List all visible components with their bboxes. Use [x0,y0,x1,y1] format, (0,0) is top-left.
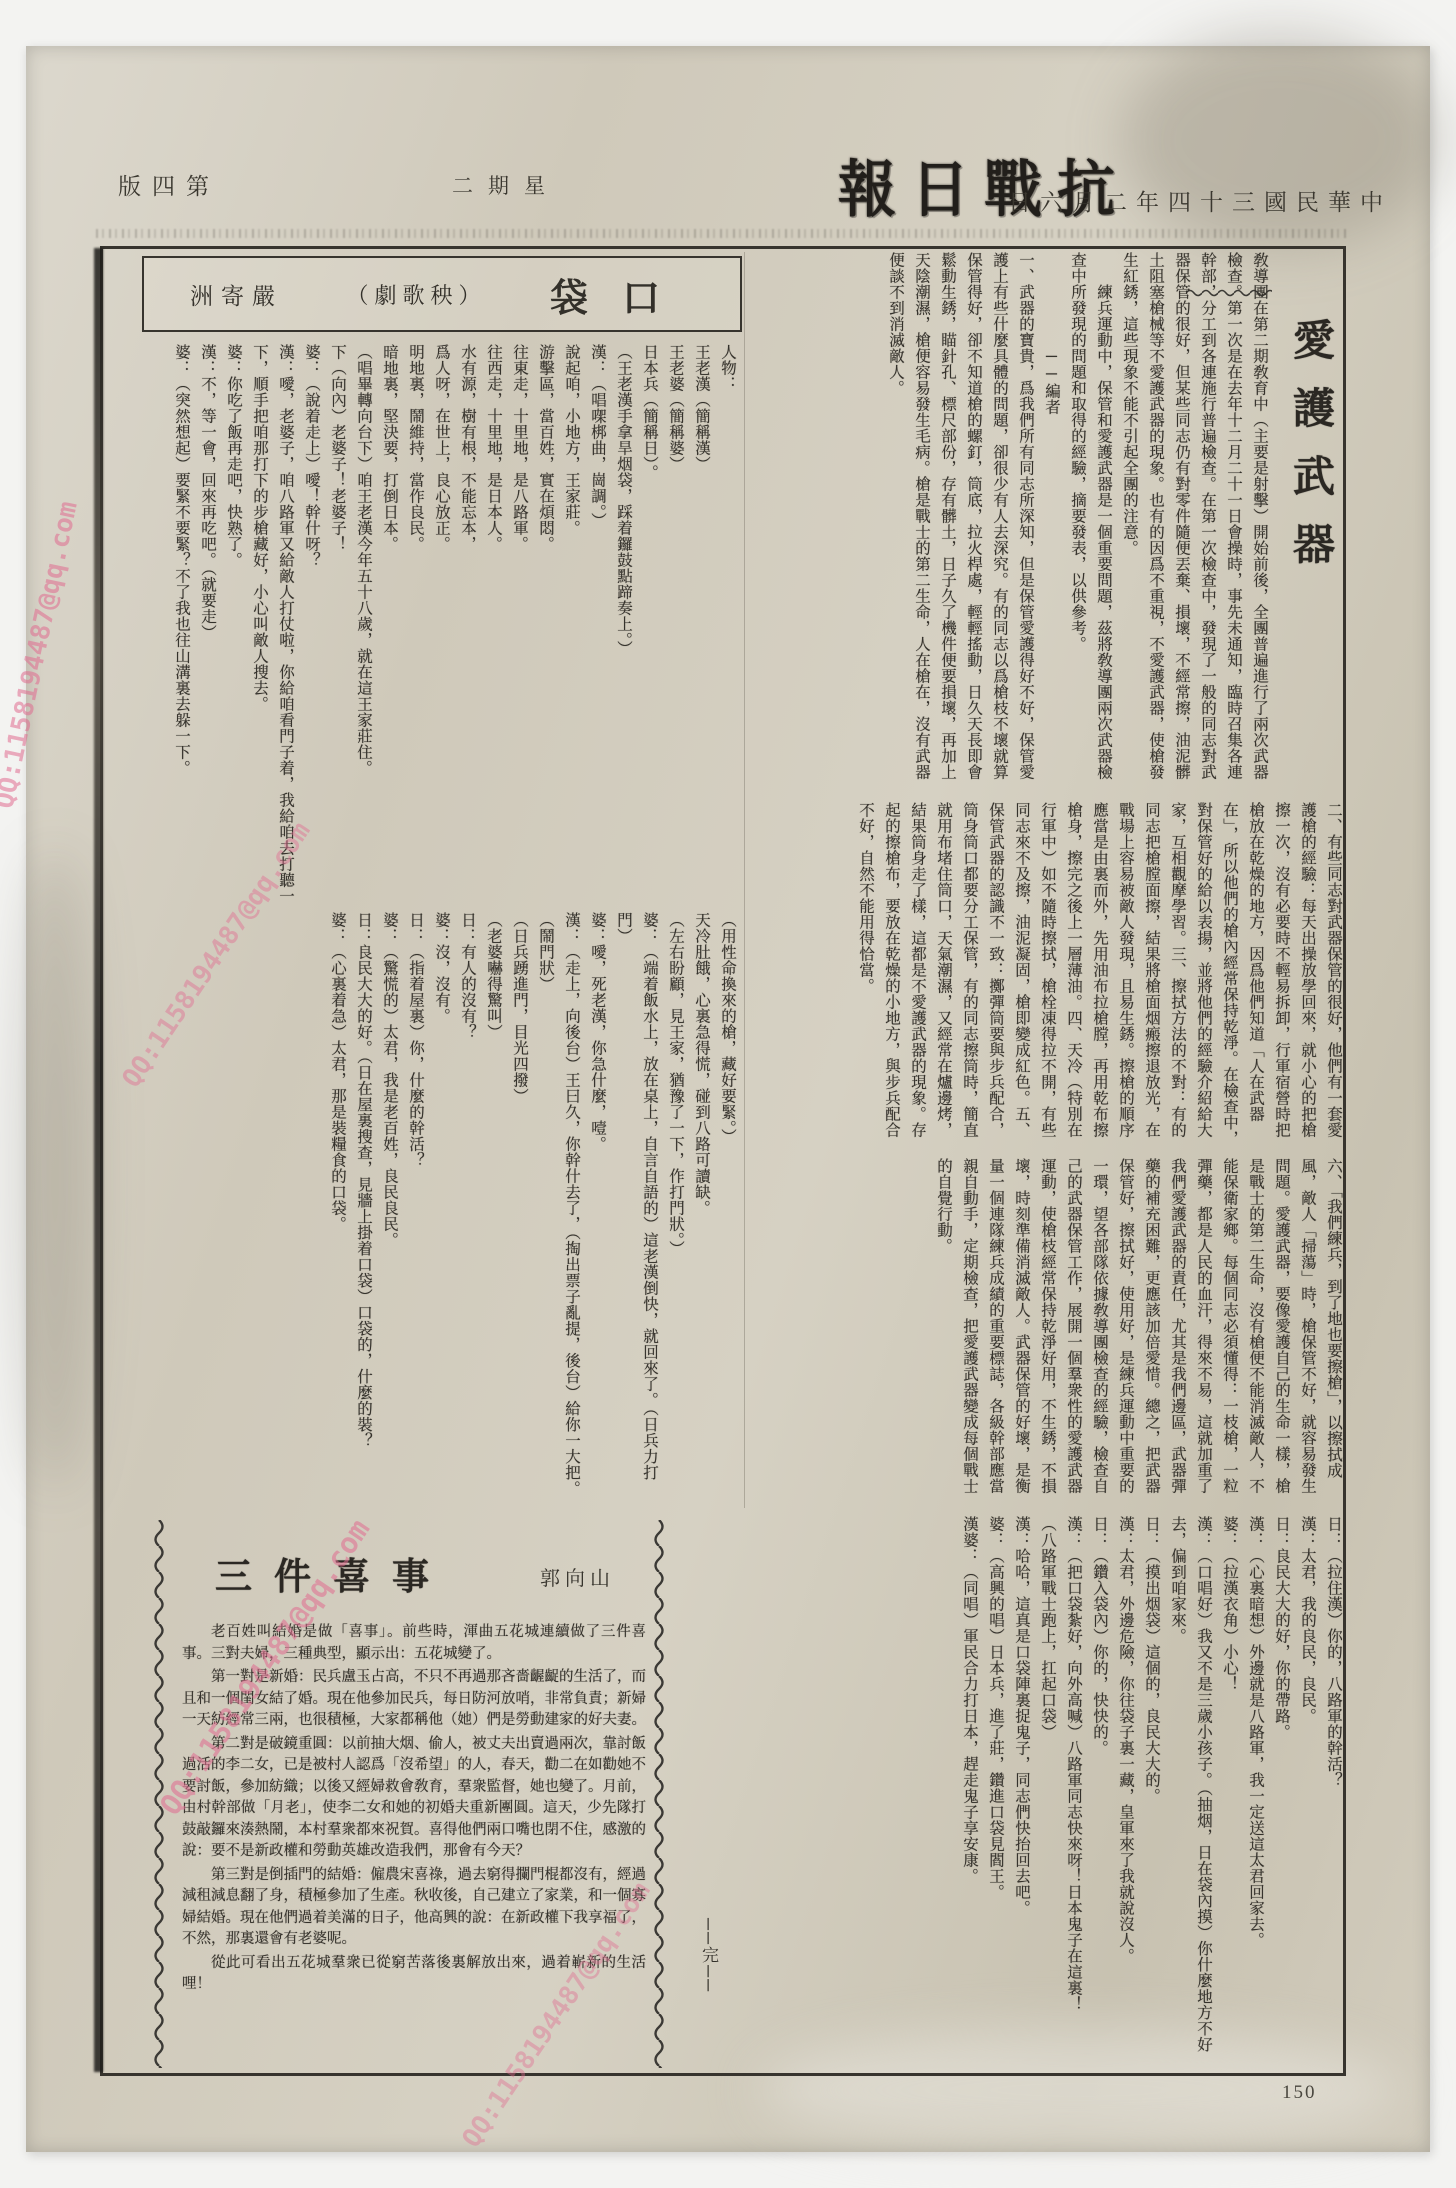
essay-paragraph: 第二對是破鏡重圓：以前抽大烟、偷人，被丈夫出賣過兩次，靠討飯過活的李二女，已是被… [182,1734,646,1863]
play-title: 口袋 [550,267,694,322]
play-end-mark: ──完── [696,1918,721,2058]
essay-zigzag-border-right [652,1520,666,2068]
essay-zigzag-border-left [152,1520,166,2068]
edition-label: 第四版 [118,168,220,201]
column-divider [744,252,745,1508]
ink-smudge-row [96,229,1348,238]
essay-paragraph: 老百姓叫結婚是做「喜事」。前些時，渾曲五花城連續做了三件喜事。三對夫婦，三種典型… [182,1622,646,1665]
issue-date: 中華民國三十四年二月六日 [980,184,1392,217]
weapons-article-title: 愛護武器 [1280,318,1340,788]
essay-title: 三件喜事 [215,1546,451,1600]
weapons-body-columns-lower: 六、「我們練兵，到了地也要擦槍」，以擦拭成風，敵人「掃蕩」時，槍保管不好，就容易… [748,1158,1346,1508]
weekday-label: 星期二 [452,170,560,200]
newspaper-scan-page: 第四版 星期二 抗戰日報 中華民國三十四年二月六日 愛護武器 敎導團在第二期敎育… [0,0,1456,2188]
essay-body: 老百姓叫結婚是做「喜事」。前些時，渾曲五花城連續做了三件喜事。三對夫婦，三種典型… [182,1622,646,2064]
play-title-box: 口袋 （秧歌劇） 嚴寄洲 [142,256,742,332]
play-script-continuation: 日：（拉住漢）你的，八路軍的幹活？ 漢：太君，我的良民，良民。 日：良民大大的好… [730,1516,1346,2068]
binding-shadow [94,248,103,2072]
play-genre: （秧歌劇） [346,279,486,310]
play-script-lower: （用性命換來的槍，藏好要緊。） 天冷肚餓，心裏急得慌，碰到八路可讀缺。 （左右盼… [110,912,740,1508]
essay-paragraph: 從此可看出五花城羣衆已從窮苦落後裏解放出來，過着嶄新的生活哩！ [182,1953,646,1996]
essay-paragraph: 第三對是倒插門的結婚：僱農宋喜祿，過去窮得攔門棍都沒有，經過減租減息翻了身，積極… [182,1865,646,1951]
weapons-body-columns-middle: 二、有些同志對武器保管的很好，他們有一套愛護槍的經驗：每天出操放學回來，就小心的… [748,802,1346,1148]
play-script-upper: 人物： 王老漢（簡稱漢） 王老婆（簡稱婆） 日本兵（簡稱日）。 （王老漢手拿旱烟… [110,344,740,904]
play-author: 嚴寄洲 [190,278,283,311]
page-number: 150 [1282,2082,1317,2104]
essay-paragraph: 第一對是新婚：民兵盧玉占高，不只不再過那吝嗇齷齪的生活了，而且和一個閨女結了婚。… [182,1667,646,1732]
weapons-intro-columns: 敎導團在第二期敎育中（主要是射擊）開始前後，全團普遍進行了兩次武器檢查。第一次是… [748,252,1272,792]
essay-author: 郭向山 [540,1562,615,1591]
